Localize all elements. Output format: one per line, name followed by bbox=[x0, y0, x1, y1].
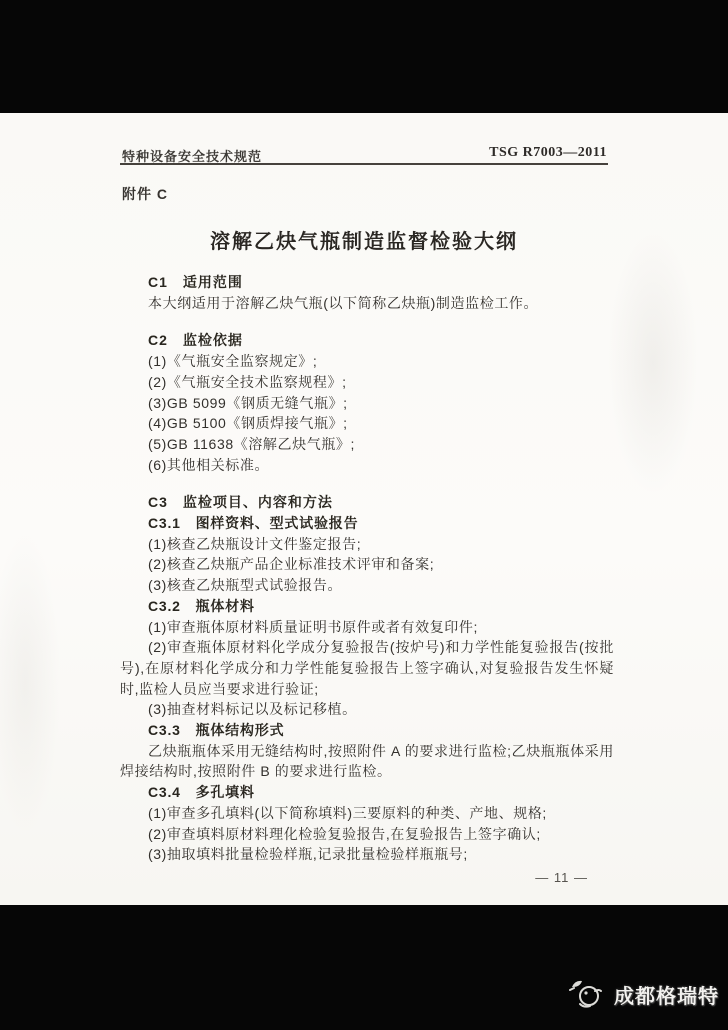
text-line: (2)《气瓶安全技术监察规程》; bbox=[120, 372, 614, 393]
document-page: 特种设备安全技术规范 TSG R7003—2011 附件 C 溶解乙炔气瓶制造监… bbox=[0, 113, 728, 905]
text-line: (2)审查瓶体原材料化学成分复验报告(按炉号)和力学性能复验报告(按批号),在原… bbox=[120, 637, 614, 699]
text-line: (2)核查乙炔瓶产品企业标准技术评审和备案; bbox=[120, 554, 614, 575]
subsection-heading: C3.4 多孔填料 bbox=[120, 782, 614, 803]
text-line: (2)审查填料原材料理化检验复验报告,在复验报告上签字确认; bbox=[120, 824, 614, 845]
letterbox-top bbox=[0, 0, 728, 113]
section-heading: C2 监检依据 bbox=[120, 330, 614, 351]
text-line: (3)GB 5099《钢质无缝气瓶》; bbox=[120, 393, 614, 414]
text-line: (6)其他相关标准。 bbox=[120, 455, 614, 476]
header-rule bbox=[120, 163, 608, 165]
text-line: (1)《气瓶安全监察规定》; bbox=[120, 351, 614, 372]
bird-doodle-icon bbox=[567, 977, 607, 1011]
page-number: — 11 — bbox=[535, 870, 588, 885]
text-line: (3)抽取填料批量检验样瓶,记录批量检验样瓶瓶号; bbox=[120, 844, 614, 865]
screenshot-root: 特种设备安全技术规范 TSG R7003—2011 附件 C 溶解乙炔气瓶制造监… bbox=[0, 0, 728, 1030]
text-line: (3)核查乙炔瓶型式试验报告。 bbox=[120, 575, 614, 596]
page-title: 溶解乙炔气瓶制造监督检验大纲 bbox=[0, 225, 728, 254]
text-line: 本大纲适用于溶解乙炔气瓶(以下简称乙炔瓶)制造监检工作。 bbox=[120, 293, 614, 314]
text-line: (4)GB 5100《钢质焊接气瓶》; bbox=[120, 413, 614, 434]
text-line: 乙炔瓶瓶体采用无缝结构时,按照附件 A 的要求进行监检;乙炔瓶瓶体采用焊接结构时… bbox=[120, 741, 614, 782]
header-right-code: TSG R7003—2011 bbox=[489, 145, 607, 161]
watermark-text: 成都格瑞特 bbox=[614, 980, 719, 1009]
text-line: (1)审查多孔填料(以下简称填料)三要原料的种类、产地、规格; bbox=[120, 803, 614, 824]
section-heading: C1 适用范围 bbox=[120, 272, 614, 293]
watermark: 成都格瑞特 bbox=[567, 975, 719, 1013]
text-line: (1)核查乙炔瓶设计文件鉴定报告; bbox=[120, 534, 614, 555]
subsection-heading: C3.1 图样资料、型式试验报告 bbox=[120, 513, 614, 534]
text-line: (1)审查瓶体原材料质量证明书原件或者有效复印件; bbox=[120, 617, 614, 638]
attachment-label: 附件 C bbox=[122, 184, 168, 204]
section-heading: C3 监检项目、内容和方法 bbox=[120, 492, 614, 513]
letterbox-bottom: 成都格瑞特 bbox=[0, 905, 728, 1030]
text-line: (5)GB 11638《溶解乙炔气瓶》; bbox=[120, 434, 614, 455]
document-body: C1 适用范围本大纲适用于溶解乙炔气瓶(以下简称乙炔瓶)制造监检工作。C2 监检… bbox=[120, 272, 614, 865]
text-line: (3)抽查材料标记以及标记移植。 bbox=[120, 699, 614, 720]
subsection-heading: C3.3 瓶体结构形式 bbox=[120, 720, 614, 741]
subsection-heading: C3.2 瓶体材料 bbox=[120, 596, 614, 617]
